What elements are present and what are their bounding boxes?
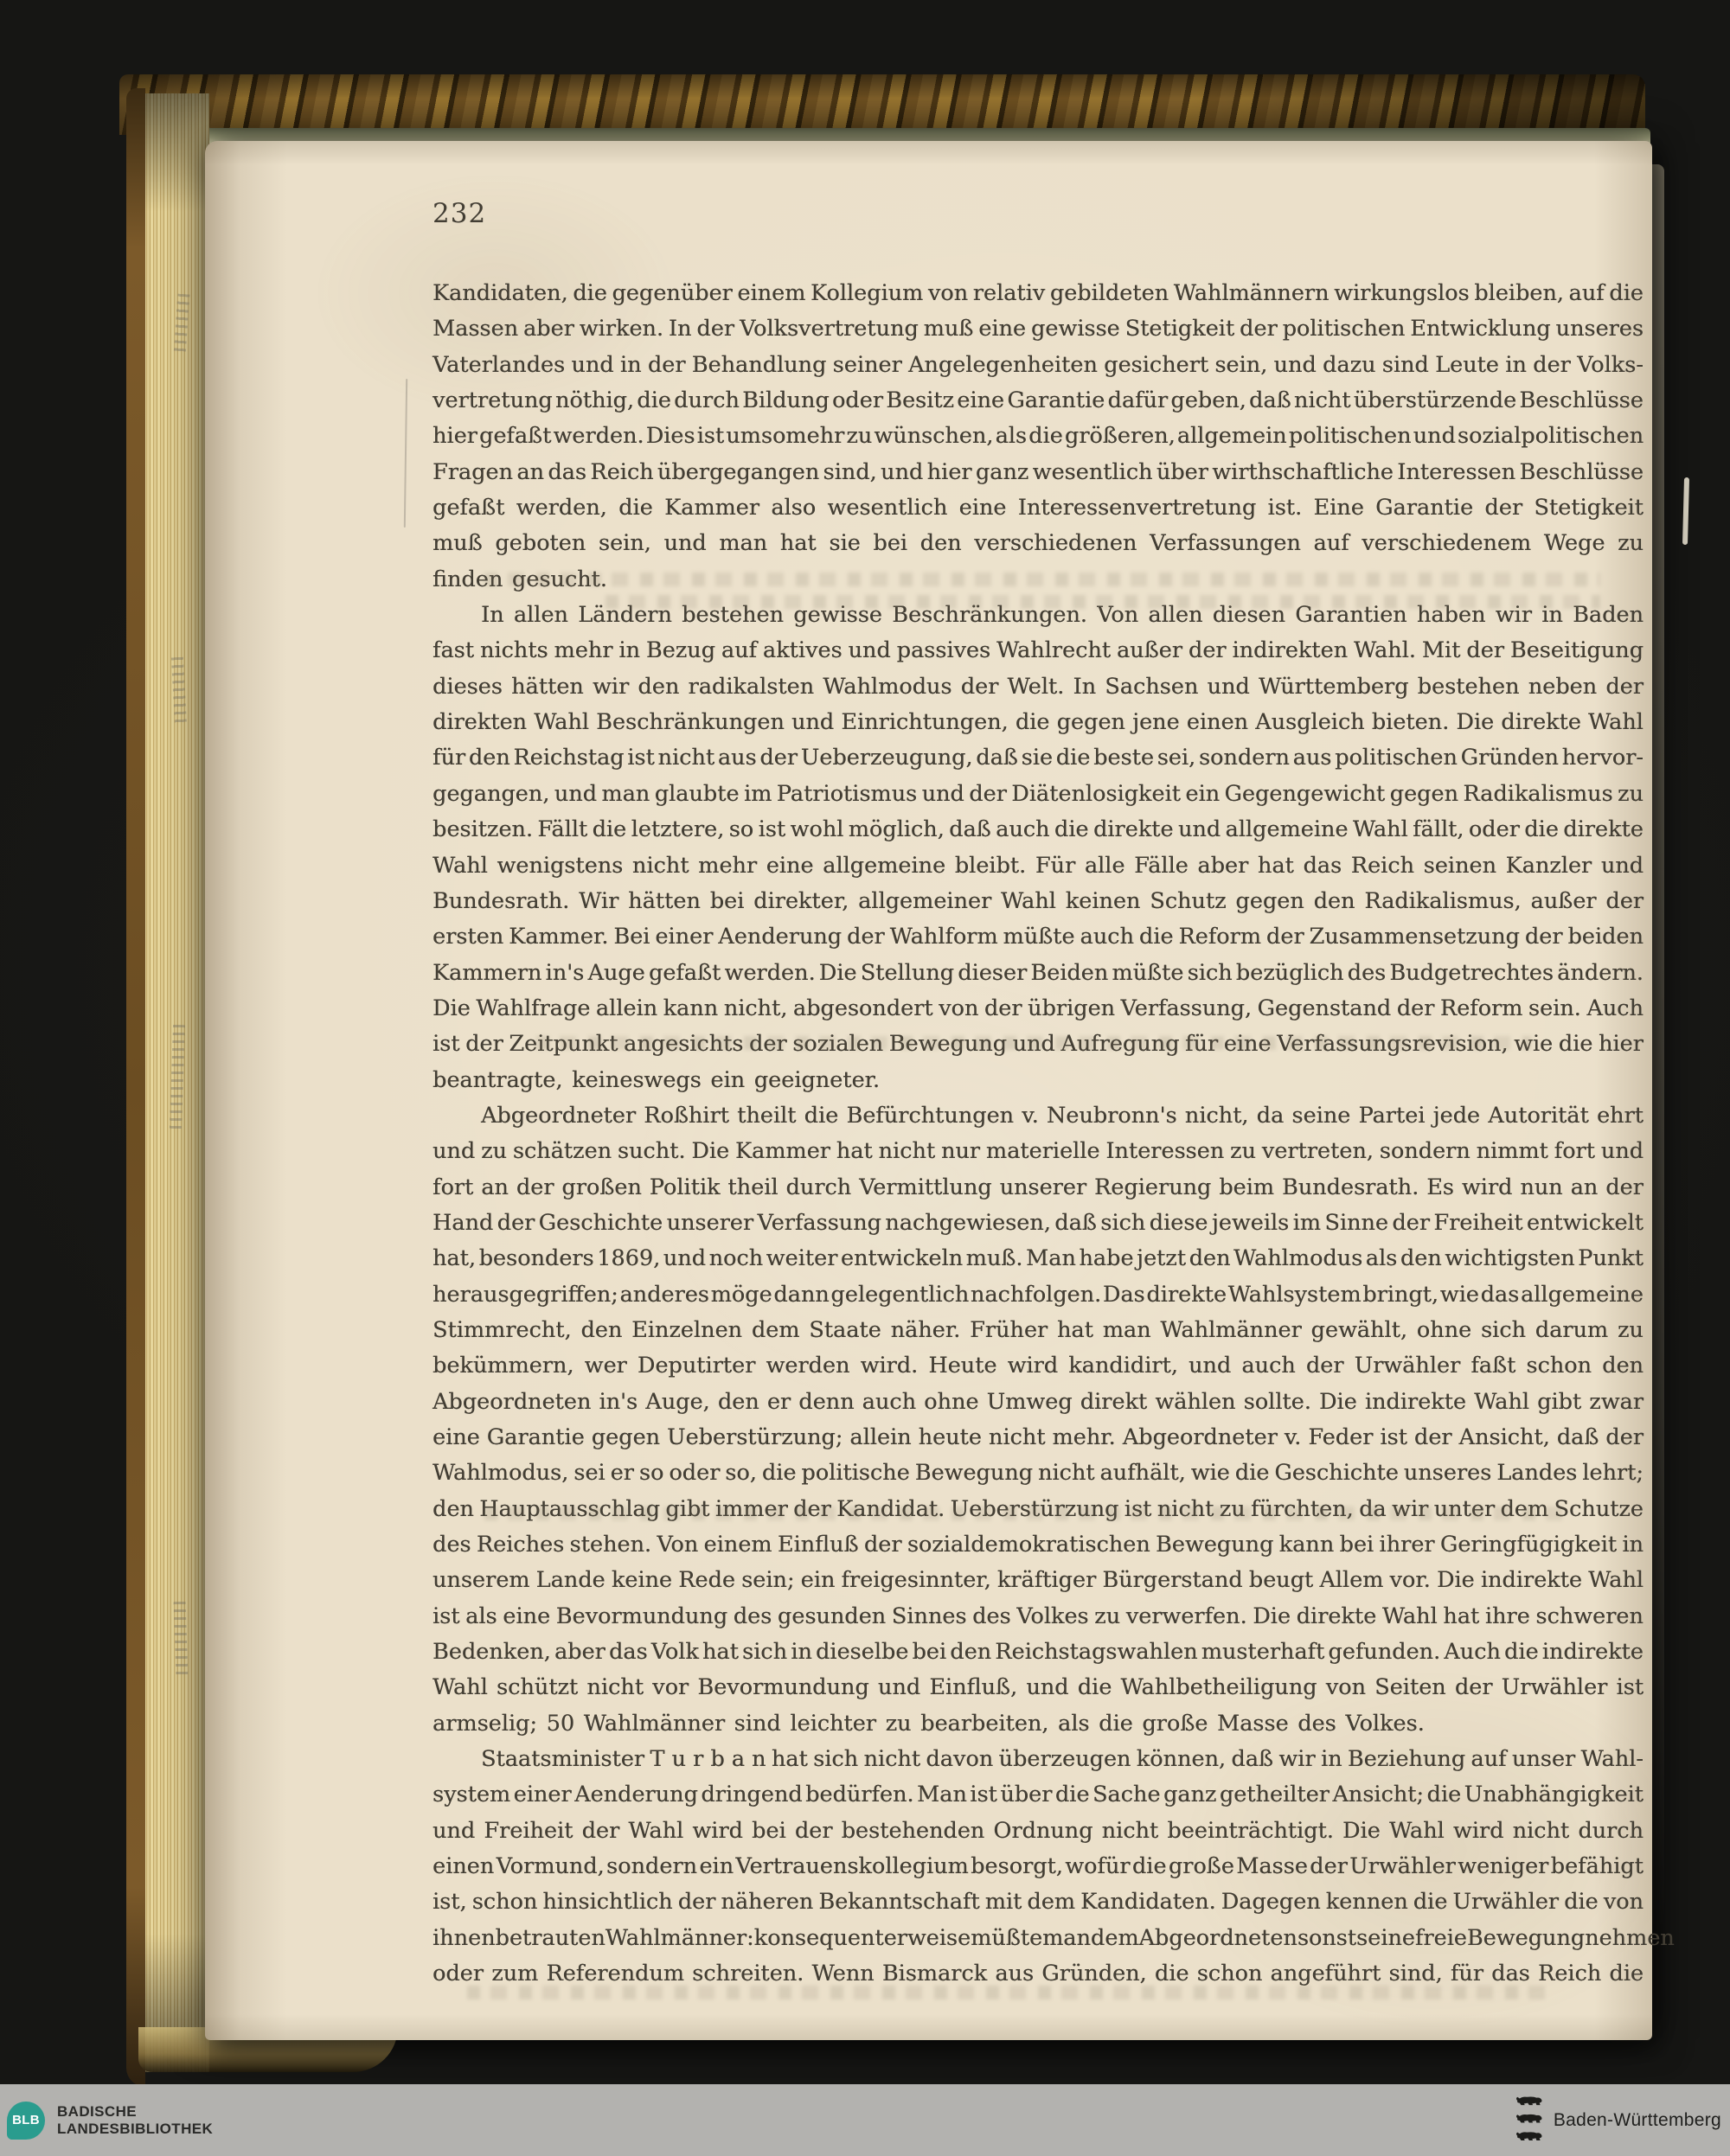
text-block: Kandidaten,diegegenübereinemKollegiumvon… <box>432 276 1643 1993</box>
text-line: HandderGeschichteunsererVerfassungnachge… <box>432 1206 1643 1241</box>
text-line: direktenWahlBeschränkungenundEinrichtung… <box>432 705 1643 740</box>
margin-pencil-scribble <box>174 1602 189 1676</box>
text-line: einenVormund,sonderneinVertrauenskollegi… <box>432 1849 1643 1884</box>
text-line: Massenaberwirken.InderVolksvertretungmuß… <box>432 311 1643 347</box>
book-fore-edge-pages <box>126 93 209 2072</box>
book-leather-cover-edge <box>126 88 145 2087</box>
text-line: VaterlandesundinderBehandlungseinerAngel… <box>432 348 1643 383</box>
text-line: Kammernin'sAugegefaßtwerden.DieStellungd… <box>432 956 1643 991</box>
bw-lions-icon <box>1514 2093 1543 2148</box>
scanned-book-viewer: 232 Kandidaten,diegegenübereinemKollegiu… <box>0 0 1730 2156</box>
text-line: Abgeordnetenin'sAuge,denerdennauchohneUm… <box>432 1385 1643 1420</box>
blb-logo-group: BLB BADISCHE LANDESBIBLIOTHEK <box>0 2102 213 2140</box>
page-number: 232 <box>432 198 486 229</box>
text-line: Kandidaten,diegegenübereinemKollegiumvon… <box>432 276 1643 311</box>
text-line: hat,besonders1869,undnochweiterentwickel… <box>432 1241 1643 1276</box>
text-line: undzuschätzensucht.DieKammerhatnichtnurm… <box>432 1134 1643 1169</box>
library-name: BADISCHE LANDESBIBLIOTHEK <box>57 2103 213 2138</box>
text-line: erstenKammer.BeieinerAenderungderWahlfor… <box>432 919 1643 955</box>
text-line: eineGarantiegegenUeberstürzung;alleinheu… <box>432 1420 1643 1455</box>
text-line: fürdenReichstagistnichtausderUeberzeugun… <box>432 740 1643 776</box>
text-line: unseremLandekeineRedesein;einfreigesinnt… <box>432 1563 1643 1598</box>
state-logo-group: Baden-Württemberg <box>1514 2093 1730 2148</box>
text-line: besitzen.Fälltdieletztere,soistwohlmögli… <box>432 812 1643 848</box>
text-line: systemeinerAenderungdringendbedürfen.Man… <box>432 1777 1643 1813</box>
text-line: Bundesrath.Wirhättenbeidirekter,allgemei… <box>432 884 1643 919</box>
text-line: DieWahlfragealleinkannnicht,abgesondertv… <box>432 991 1643 1027</box>
text-line: istderZeitpunktangesichtsdersozialenBewe… <box>432 1027 1643 1062</box>
underlying-page-edge <box>1650 164 1664 1929</box>
text-line: mußgebotensein,undmanhatsiebeidenverschi… <box>432 526 1643 561</box>
text-line: fortandergroßenPolitiktheildurchVermittl… <box>432 1170 1643 1206</box>
text-line: ist,schonhinsichtlichdernäherenBekanntsc… <box>432 1884 1643 1920</box>
book-page: 232 Kandidaten,diegegenübereinemKollegiu… <box>205 141 1652 2040</box>
library-name-line1: BADISCHE <box>57 2103 213 2121</box>
text-line: armselig; 50 Wahlmänner sind leichter zu… <box>432 1706 1643 1742</box>
text-line: undFreiheitderWahlwirdbeiderbestehendenO… <box>432 1814 1643 1849</box>
text-line: beantragte, keineswegs ein geeigneter. <box>432 1063 1643 1098</box>
text-line: AbgeordneterRoßhirttheiltdieBefürchtunge… <box>432 1098 1643 1134</box>
text-line: gegangen,undmanglaubteimPatriotismusundd… <box>432 777 1643 812</box>
blb-logo-icon: BLB <box>7 2102 45 2140</box>
text-line: Bedenken,aberdasVolkhatsichindieselbebei… <box>432 1635 1643 1670</box>
text-line: WahlschütztnichtvorBevormundungundEinflu… <box>432 1670 1643 1705</box>
text-line: oderzumReferendumschreiten.WennBismarcka… <box>432 1956 1643 1992</box>
text-line: desReichesstehen.VoneinemEinflußdersozia… <box>432 1527 1643 1563</box>
library-footer-bar: BLB BADISCHE LANDESBIBLIOTHEK Baden-Würt… <box>0 2084 1730 2156</box>
text-line: InallenLändernbestehengewisseBeschränkun… <box>432 598 1643 633</box>
text-line: finden gesucht. <box>432 562 1643 598</box>
state-name-label: Baden-Württemberg <box>1554 2110 1721 2131</box>
library-name-line2: LANDESBIBLIOTHEK <box>57 2121 213 2138</box>
text-line: denHauptausschlaggibtimmerderKandidat.Ue… <box>432 1492 1643 1527</box>
text-line: Wahlwenigstensnichtmehreineallgemeineble… <box>432 848 1643 884</box>
text-line: istalseineBevormundungdesgesundenSinnesd… <box>432 1599 1643 1635</box>
page-edge-glint <box>1682 477 1689 545</box>
text-line: ihnenbetrautenWahlmänner:konsequenterwei… <box>432 1921 1643 1956</box>
text-line: FragenandasReichübergegangensind,undhier… <box>432 455 1643 490</box>
text-line: fastnichtsmehrinBezugaufaktivesundpassiv… <box>432 633 1643 669</box>
text-line: Stimmrecht,denEinzelnendemStaatenäher.Fr… <box>432 1313 1643 1348</box>
text-line: bekümmern,werDeputirterwerdenwird.Heutew… <box>432 1348 1643 1384</box>
text-line: vertretungnöthig,diedurchBildungoderBesi… <box>432 383 1643 419</box>
book-top-marbled-edge <box>119 74 1645 135</box>
text-line: dieseshättenwirdenradikalstenWahlmodusde… <box>432 669 1643 705</box>
text-line: Wahlmodus,seiersooderso,diepolitischeBew… <box>432 1455 1643 1491</box>
text-line: gefaßtwerden,dieKammeralsowesentlicheine… <box>432 490 1643 526</box>
text-line: StaatsministerT u r b a nhatsichnichtdav… <box>432 1742 1643 1777</box>
text-line: herausgegriffen;anderesmögedanngelegentl… <box>432 1277 1643 1313</box>
text-line: hiergefaßtwerden.Diesistumsomehrzuwünsch… <box>432 419 1643 454</box>
